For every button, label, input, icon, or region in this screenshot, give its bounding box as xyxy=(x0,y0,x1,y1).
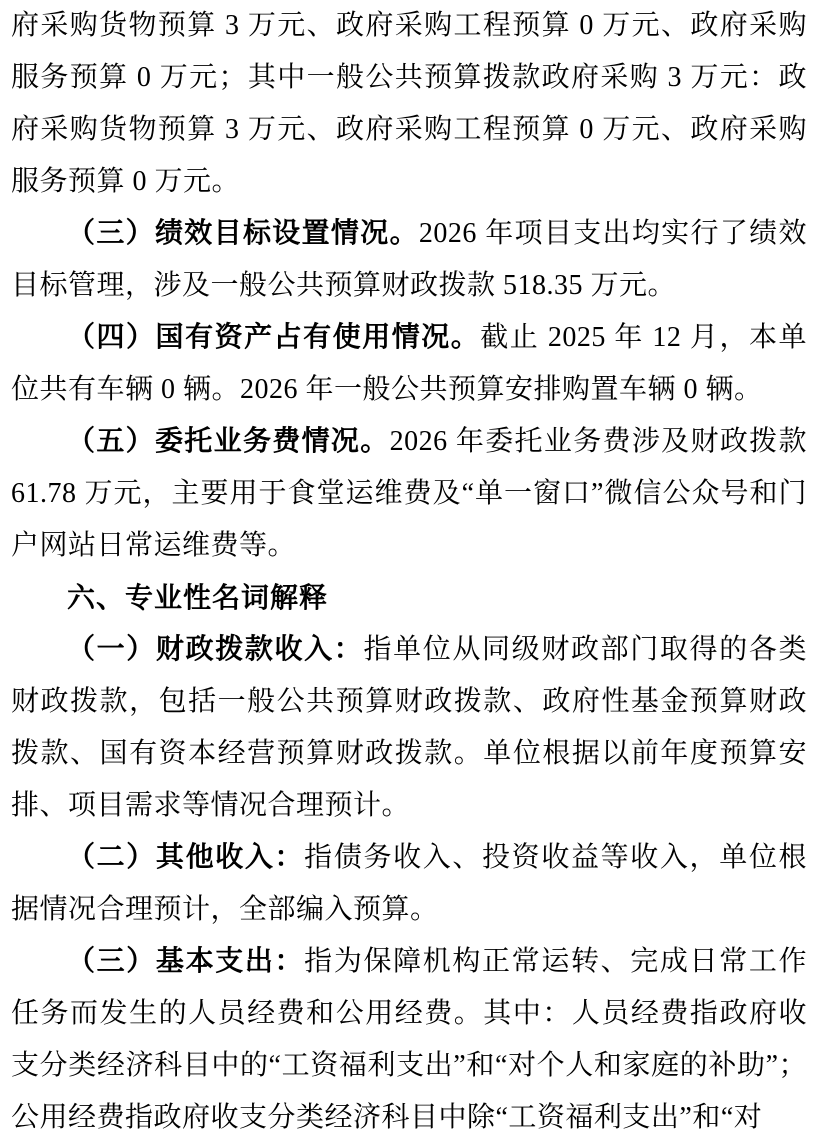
paragraph-lead: （四）国有资产占有使用情况。 xyxy=(67,322,480,353)
paragraph: （五）委托业务费情况。2026 年委托业务费涉及财政拨款 61.78 万元，主要… xyxy=(11,416,807,572)
paragraph: （三）绩效目标设置情况。2026 年项目支出均实行了绩效目标管理，涉及一般公共预… xyxy=(11,208,807,312)
paragraph: （三）基本支出：指为保障机构正常运转、完成日常工作任务而发生的人员经费和公用经费… xyxy=(11,936,807,1144)
section-heading-text: 六、专业性名词解释 xyxy=(67,582,328,613)
paragraph: （一）财政拨款收入：指单位从同级财政部门取得的各类财政拨款，包括一般公共预算财政… xyxy=(11,624,807,832)
paragraph-lead: （一）财政拨款收入： xyxy=(67,634,363,665)
paragraph: （二）其他收入：指债务收入、投资收益等收入，单位根据情况合理预计，全部编入预算。 xyxy=(11,832,807,936)
paragraph: （四）国有资产占有使用情况。截止 2025 年 12 月，本单位共有车辆 0 辆… xyxy=(11,312,807,416)
paragraph: 府采购货物预算 3 万元、政府采购工程预算 0 万元、政府采购服务预算 0 万元… xyxy=(11,0,807,208)
paragraph-lead: （五）委托业务费情况。 xyxy=(67,426,390,457)
section-heading: 六、专业性名词解释 xyxy=(11,572,807,624)
document-page: 府采购货物预算 3 万元、政府采购工程预算 0 万元、政府采购服务预算 0 万元… xyxy=(0,0,818,1144)
paragraph-lead: （三）绩效目标设置情况。 xyxy=(67,218,419,249)
paragraph-lead: （二）其他收入： xyxy=(67,842,304,873)
paragraph-text: 府采购货物预算 3 万元、政府采购工程预算 0 万元、政府采购服务预算 0 万元… xyxy=(11,10,807,197)
paragraph-lead: （三）基本支出： xyxy=(67,946,304,977)
